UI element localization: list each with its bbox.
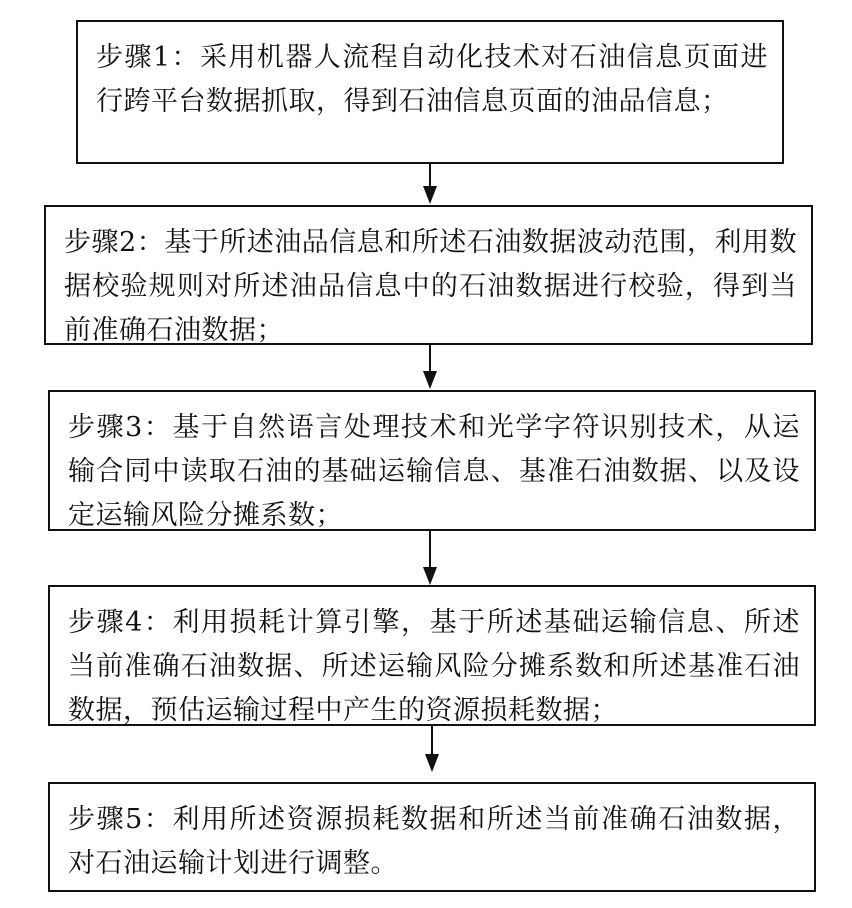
- arrowhead-icon: [425, 754, 439, 772]
- step-4-text: 步骤4：利用损耗计算引擎，基于所述基础运输信息、所述当前准确石油数据、所述运输风…: [68, 607, 800, 726]
- arrowhead-icon: [423, 567, 437, 585]
- arrowhead-icon: [423, 371, 437, 389]
- step-5-text: 步骤5：利用所述资源损耗数据和所述当前准确石油数据，对石油运输计划进行调整。: [68, 804, 800, 879]
- step-3-box: 步骤3：基于自然语言处理技术和光学字符识别技术，从运输合同中读取石油的基础运输信…: [48, 390, 816, 531]
- step-3-text: 步骤3：基于自然语言处理技术和光学字符识别技术，从运输合同中读取石油的基础运输信…: [68, 412, 800, 531]
- step-2-text: 步骤2：基于所述油品信息和所述石油数据波动范围，利用数据校验规则对所述油品信息中…: [64, 227, 797, 346]
- step-1-box: 步骤1：采用机器人流程自动化技术对石油信息页面进行跨平台数据抓取，得到石油信息页…: [76, 20, 784, 164]
- step-2-box: 步骤2：基于所述油品信息和所述石油数据波动范围，利用数据校验规则对所述油品信息中…: [44, 205, 813, 345]
- arrowhead-icon: [423, 186, 437, 204]
- step-5-box: 步骤5：利用所述资源损耗数据和所述当前准确石油数据，对石油运输计划进行调整。: [48, 782, 816, 892]
- step-4-box: 步骤4：利用损耗计算引擎，基于所述基础运输信息、所述当前准确石油数据、所述运输风…: [48, 585, 816, 726]
- step-1-text: 步骤1：采用机器人流程自动化技术对石油信息页面进行跨平台数据抓取，得到石油信息页…: [96, 42, 768, 117]
